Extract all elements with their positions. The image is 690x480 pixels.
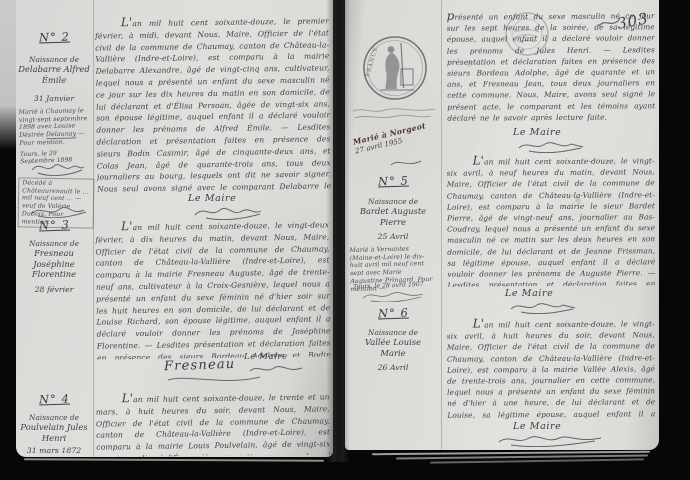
- entry-name: Henri: [18, 433, 90, 444]
- birth-act-4-continuation: présenté un enfant du sexe masculin né c…: [447, 9, 656, 122]
- entry-date: 26 Avril: [349, 363, 437, 372]
- entry-date: 31 Janvier: [18, 94, 90, 103]
- birth-act-6-body: L'an mil huit cent soixante-douze, le vi…: [447, 317, 656, 420]
- entry-heading: Naissance de: [349, 197, 437, 206]
- foxing-spot: [573, 196, 583, 204]
- foxing-spot: [465, 60, 473, 68]
- entry-date: 28 février: [18, 285, 90, 294]
- entry-name: Poulvelain Jules: [18, 422, 90, 433]
- birth-act-1-body: L'an mil huit cent soixante-douze, le pr…: [95, 14, 331, 193]
- entry-heading: Naissance de: [18, 239, 90, 248]
- le-maire-closing: Le Maire: [244, 352, 288, 362]
- marginal-mention-1955: Marié à Norgeot 27 avril 1955: [352, 119, 440, 156]
- greffier-signature-flourish: [30, 158, 86, 176]
- scan-edge-strip: [0, 0, 16, 150]
- birth-act-3-body: L'an mil huit cent soixante-douze, le tr…: [96, 390, 331, 457]
- greffier-signature-flourish: [361, 289, 425, 302]
- maire-signature-flourish: [509, 300, 577, 314]
- fresneau-signature: Fresneau: [164, 357, 236, 374]
- entry-name: Fresneau: [18, 248, 90, 259]
- binding-line: [336, 0, 337, 460]
- entry-name: Joséphine Florentine: [18, 259, 90, 280]
- le-maire-closing: Le Maire: [188, 193, 236, 204]
- entry-number: N° 6: [377, 305, 408, 320]
- margin-entry-n5: N° 5 Naissance de Bardet Auguste Pierre …: [349, 170, 437, 241]
- entry-number: N° 2: [38, 29, 69, 44]
- entry-number: N° 3: [38, 217, 69, 232]
- stamp-legend: FRANCE: [365, 46, 379, 77]
- margin-entry-n6: N° 6 Naissance de Vallée Louise Marie 26…: [349, 302, 437, 372]
- maire-signature-flourish: [495, 433, 605, 447]
- page-edge-sheets: [430, 458, 644, 463]
- entry-heading: Naissance de: [18, 413, 90, 422]
- revenue-stamp-icon: FRANCE: [359, 32, 431, 104]
- entry-heading: Naissance de: [349, 328, 437, 337]
- binding-line: [340, 0, 341, 460]
- entry-name: Pierre: [349, 217, 437, 228]
- left-page: N° 2 Naissance de Delabarre Alfred Émile…: [16, 0, 333, 457]
- marginal-mention-marriage: Marié à Chaumay le vingt-sept septembre …: [19, 107, 91, 147]
- entry-name: Delabarre Alfred: [18, 64, 90, 75]
- margin-entry-n4: N° 4 Naissance de Poulvelain Jules Henri…: [18, 388, 90, 455]
- le-maire-closing: Le Maire: [513, 127, 561, 138]
- entry-number: N° 4: [38, 391, 69, 406]
- birth-act-5-body: L'an mil huit cent soixante-douze, le vi…: [447, 154, 656, 286]
- le-maire-closing: Le Maire: [513, 421, 561, 432]
- signature-underline-flourish: [166, 374, 262, 384]
- entry-name: Marie: [349, 348, 437, 359]
- maire-signature-flourish: [517, 139, 585, 153]
- paraphe-flourish: [389, 158, 423, 168]
- scanned-register-spread: N° 2 Naissance de Delabarre Alfred Émile…: [0, 0, 690, 480]
- entry-name: Émile: [18, 75, 90, 86]
- illegible-margin-note: [351, 106, 439, 122]
- birth-act-2-body: L'an mil huit cent soixante-douze, le vi…: [95, 218, 331, 359]
- entry-date: 25 Avril: [349, 232, 437, 241]
- margin-entry-n2: N° 2 Naissance de Delabarre Alfred Émile…: [18, 26, 90, 103]
- margin-entry-n3: N° 3 Naissance de Fresneau Joséphine Flo…: [18, 214, 90, 294]
- entry-name: Bardet Auguste: [349, 206, 437, 217]
- page-edge-sheets: [24, 458, 324, 462]
- margin-rule: [441, 0, 442, 450]
- entry-number: N° 5: [377, 173, 408, 188]
- entry-heading: Naissance de: [18, 55, 90, 64]
- le-maire-closing: Le Maire: [505, 288, 553, 299]
- entry-name: Vallée Louise: [349, 337, 437, 348]
- maire-signature-flourish: [192, 204, 264, 220]
- book-gutter: [326, 0, 350, 462]
- entry-date: 31 mars 1872: [18, 446, 90, 455]
- right-page: 303 FRANCE: [345, 0, 659, 450]
